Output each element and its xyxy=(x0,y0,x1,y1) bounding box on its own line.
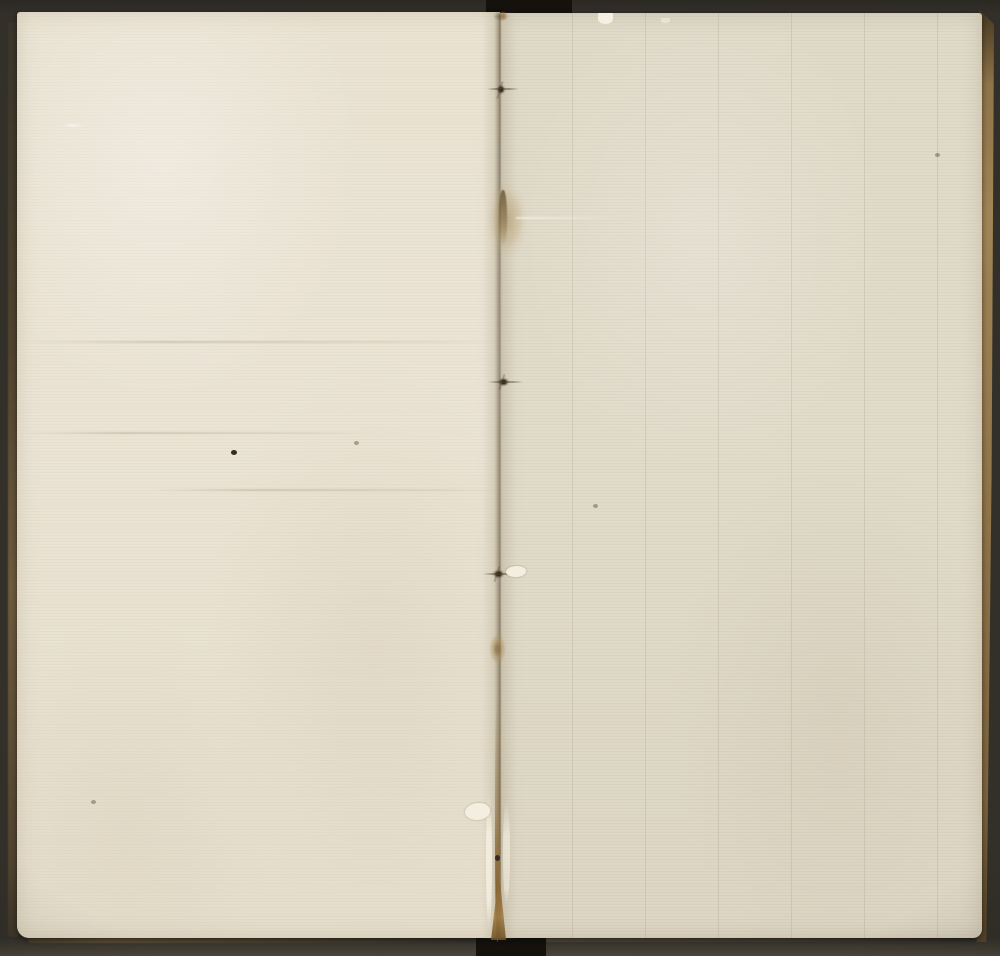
gutter-tear-highlight-left xyxy=(486,793,492,928)
scan-stage xyxy=(0,0,1000,956)
gutter-tear-highlight-right xyxy=(503,800,510,904)
page-left-blank xyxy=(17,12,500,938)
gutter-top-shadow xyxy=(493,12,509,21)
page-edge-notch xyxy=(598,13,613,24)
page-right-blank xyxy=(500,13,982,938)
spine-strip-bottom xyxy=(476,936,546,956)
